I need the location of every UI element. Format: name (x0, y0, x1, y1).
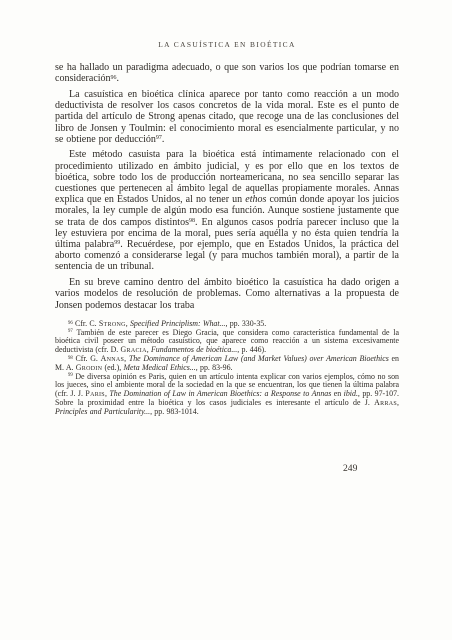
footnote-number: 96 (68, 321, 73, 326)
note-reference: 97 (156, 135, 162, 141)
note-reference: 98 (189, 218, 195, 224)
text-run: The Dominance of American Law (and Marke… (129, 354, 389, 363)
running-header: LA CASUÍSTICA EN BIOÉTICA (55, 40, 399, 49)
text-run: La casuística en bioética clínica aparec… (55, 89, 399, 145)
body-text: se ha hallado un paradigma adecuado, o q… (55, 62, 399, 311)
text-run: ibid. (344, 389, 358, 398)
text-run: , (397, 398, 399, 407)
text-run: se ha hallado un paradigma adecuado, o q… (55, 62, 399, 84)
note-reference: 99 (114, 240, 120, 246)
text-run: , pp. 330-35. (225, 319, 266, 328)
text-run: Cfr. G. (75, 354, 100, 363)
footnote-section: 96 Cfr. C. Strong, Specified Principlism… (55, 320, 399, 417)
footnote: 98 Cfr. G. Annas, The Dominance of Ameri… (55, 355, 399, 373)
text-run: en (331, 389, 343, 398)
text-run: Fundamentos de bioética... (151, 345, 237, 354)
text-run: Annas (101, 354, 125, 363)
note-reference: 96 (111, 75, 117, 81)
text-run: Principles and Particularity... (55, 407, 150, 416)
body-paragraph: Este método casuista para la bioética es… (55, 149, 399, 272)
text-run: Arras (374, 398, 397, 407)
text-run: . (162, 134, 165, 145)
text-block: LA CASUÍSTICA EN BIOÉTICA se ha hallado … (55, 40, 399, 417)
text-run: Cfr. C. (75, 319, 99, 328)
page-number: 249 (343, 463, 357, 474)
text-run: , p. 446). (237, 345, 266, 354)
text-run: Specified Principlism: What... (130, 319, 226, 328)
text-run: Strong (99, 319, 126, 328)
text-run: Meta Medical Ethics... (123, 363, 195, 372)
footnote-number: 99 (68, 373, 73, 378)
text-run: Grodin (76, 363, 103, 372)
text-run: , pp. 983-1014. (150, 407, 199, 416)
body-paragraph: En su breve camino dentro del ámbito bio… (55, 277, 399, 311)
body-paragraph: La casuística en bioética clínica aparec… (55, 89, 399, 145)
body-paragraph: se ha hallado un paradigma adecuado, o q… (55, 62, 399, 84)
text-run: ethos (245, 194, 266, 205)
text-run: , pp. 83-96. (196, 363, 233, 372)
text-run: Paris (85, 389, 105, 398)
text-run: Gracia (121, 345, 147, 354)
footnote-number: 97 (68, 329, 73, 334)
text-run: En su breve camino dentro del ámbito bio… (55, 277, 399, 310)
text-run: The Domination of Law in American Bioeth… (109, 389, 331, 398)
text-run: (ed.), (102, 363, 123, 372)
footnote-number: 98 (68, 356, 73, 361)
book-page: LA CASUÍSTICA EN BIOÉTICA se ha hallado … (0, 0, 452, 640)
footnote: 97 También de este parecer es Diego Grac… (55, 329, 399, 355)
footnote: 99 De diversa opinión es Paris, quien en… (55, 373, 399, 417)
